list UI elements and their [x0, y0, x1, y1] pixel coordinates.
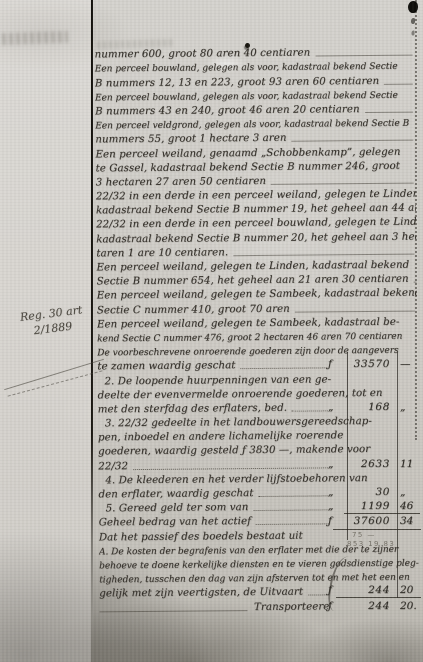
amount-row: „168„ — [328, 401, 421, 413]
smudge-top-left — [2, 31, 68, 45]
line-text: te zamen waardig geschat — [97, 360, 235, 375]
manuscript-line: Een perceel weiland, gelegen te Sambeek,… — [97, 287, 417, 304]
pencil-note: 75 — — [352, 531, 376, 539]
amount-row: „119946 — [328, 500, 421, 512]
line-text: Transporteere — [254, 600, 330, 615]
leader-dots — [241, 368, 328, 370]
amount-row: „30„ — [328, 486, 421, 498]
line-text: Een perceel veldgrond, gelegen als voor,… — [95, 117, 409, 134]
ink-blot — [408, 1, 418, 13]
currency-symbol: „ — [328, 486, 339, 498]
ruled-fill — [365, 112, 413, 113]
amount-row: „263311 — [328, 458, 421, 470]
manuscript-line: 3. 22/32 gedeelte in het landbouwersgere… — [98, 414, 418, 431]
leader-dots — [256, 524, 329, 526]
leader-dots — [133, 467, 328, 470]
cents-value: 20 — [395, 584, 421, 596]
line-text: Dat het passief des boedels bestaat uit — [99, 529, 303, 545]
ruled-fill — [233, 253, 414, 256]
line-text: 5. Gereed geld ter som van — [105, 501, 248, 516]
amount-row-total: ƒ3760034 — [328, 515, 421, 527]
amount-row: ƒ24420 — [328, 584, 421, 596]
cents-value: — — [395, 358, 421, 370]
cents-value: 20. — [395, 600, 421, 612]
manuscript-line: Een perceel veldgrond, gelegen als voor,… — [95, 117, 415, 134]
guilders-value: 33570 — [339, 358, 395, 370]
leader-dots — [308, 595, 329, 596]
ruled-fill — [271, 183, 414, 185]
ruled-fill — [295, 310, 415, 312]
currency-symbol: ƒ — [328, 600, 339, 612]
leader-dots — [292, 410, 328, 411]
ruled-fill — [99, 610, 247, 612]
sum-underline — [344, 513, 420, 514]
line-text: met den sterfdag des erflaters, bed. — [98, 402, 287, 418]
currency-symbol: „ — [328, 458, 339, 470]
guilders-value: 30 — [339, 486, 395, 498]
currency-symbol: „ — [328, 500, 339, 512]
line-text: Een perceel weiland, gelegen te Sambeek,… — [97, 287, 417, 304]
guilders-value: 37600 — [339, 515, 395, 527]
guilders-value: 2633 — [339, 458, 395, 470]
currency-symbol: ƒ — [328, 584, 339, 596]
guilders-value: 1199 — [339, 500, 395, 512]
line-text: Sectie C nummer 410, groot 70 aren — [97, 302, 290, 318]
ruled-fill — [384, 83, 413, 84]
ruled-fill — [414, 282, 417, 283]
line-text: nummers 55, groot 1 hectare 3 aren — [95, 132, 286, 148]
total-underline — [333, 529, 421, 530]
line-text: te Gassel, kadastraal bekend Sectie B nu… — [96, 159, 400, 176]
line-text: taren 1 are 10 centiaren. — [96, 246, 228, 261]
currency-symbol: ƒ — [328, 515, 339, 527]
amount-row-carryover: ƒ24420. — [328, 600, 421, 612]
leader-dots — [253, 510, 328, 512]
cents-value: „ — [395, 401, 421, 413]
currency-symbol: „ — [328, 401, 339, 413]
manuscript-line: te Gassel, kadastraal bekend Sectie B nu… — [96, 159, 416, 176]
cents-value: 11 — [395, 458, 421, 470]
currency-symbol: ƒ — [328, 358, 339, 370]
cents-value: 46 — [395, 500, 421, 512]
cents-divider-rule — [397, 352, 398, 598]
cents-value: 34 — [395, 515, 421, 527]
guilders-value: 168 — [339, 401, 395, 413]
line-text: Geheel bedrag van het actief — [99, 515, 251, 530]
cents-value: „ — [395, 486, 421, 498]
scanned-manuscript-page: Reg. 30 art 2/1889 nummer 600, groot 80 … — [0, 0, 423, 662]
manuscript-line: Een perceel bouwland, gelegen als voor, … — [95, 88, 415, 105]
line-text: den erflater, waardig geschat — [98, 487, 253, 502]
amount-row: ƒ33570— — [328, 358, 421, 370]
manuscript-line: kadastraal bekend Sectie B nummer 20, he… — [96, 230, 416, 247]
guilders-value: 244 — [339, 600, 395, 612]
pencil-note: 853 19 83 — [347, 540, 395, 548]
line-text: 3 hectaren 27 aren 50 centiaren — [96, 175, 266, 190]
leader-dots — [259, 495, 329, 497]
guilders-value: 244 — [339, 584, 395, 596]
ruled-fill — [315, 55, 412, 57]
line-text: 22/32 — [98, 460, 128, 474]
ruled-fill — [292, 140, 414, 142]
line-text: gelijk met zijn veertigsten, de Uitvaart — [99, 586, 303, 602]
line-text: kadastraal bekend Sectie B nummer 20, he… — [96, 230, 416, 247]
